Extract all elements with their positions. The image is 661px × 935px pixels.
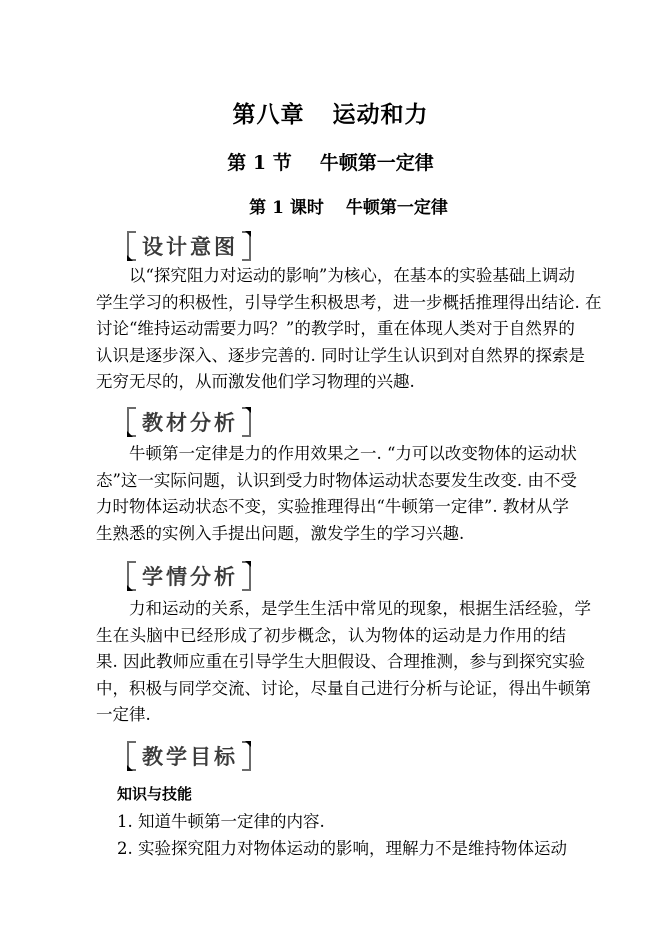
bracket-left-icon bbox=[127, 231, 136, 261]
document-page: 第八章运动和力 第 1 节牛顿第一定律 第 1 课时牛顿第一定律 设计意图 以“… bbox=[0, 0, 661, 935]
bracket-left-icon bbox=[127, 561, 136, 591]
bracket-right-icon bbox=[242, 741, 251, 771]
text-line: 力和运动的关系，是学生生活中常见的现象，根据生活经验，学 bbox=[96, 596, 566, 623]
text-line: 学生学习的积极性，引导学生积极思考，进一步概括推理得出结论. 在 bbox=[96, 290, 566, 317]
section-heading-design-intent: 设计意图 bbox=[127, 228, 251, 264]
text-line: 果. 因此教师应重在引导学生大胆假设、合理推测，参与到探究实验 bbox=[96, 649, 566, 676]
text-line: 态”这一实际问题，认识到受力时物体运动状态要发生改变. 由不受 bbox=[96, 468, 566, 495]
bracket-right-icon bbox=[242, 407, 251, 437]
section-title: 第 1 节牛顿第一定律 bbox=[0, 148, 661, 175]
chapter-number: 第八章 bbox=[233, 101, 305, 128]
section-heading-teaching-goals: 教学目标 bbox=[127, 738, 251, 774]
text-line: 力时物体运动状态不变，实验推理得出“牛顿第一定律”. 教材从学 bbox=[96, 494, 566, 521]
section-heading-label: 教学目标 bbox=[136, 741, 242, 771]
text-line: 以“探究阻力对运动的影响”为核心，在基本的实验基础上调动 bbox=[96, 263, 566, 290]
subheading-knowledge-skills: 知识与技能 bbox=[117, 783, 192, 804]
lesson-number: 第 1 课时 bbox=[249, 198, 324, 218]
bracket-right-icon bbox=[242, 231, 251, 261]
bracket-left-icon bbox=[127, 407, 136, 437]
lesson-name: 牛顿第一定律 bbox=[346, 198, 448, 218]
text-line: 一定律. bbox=[96, 702, 566, 729]
paragraph-textbook-analysis: 牛顿第一定律是力的作用效果之一. “力可以改变物体的运动状 态”这一实际问题，认… bbox=[96, 441, 566, 547]
chapter-title: 第八章运动和力 bbox=[0, 96, 661, 129]
goal-item: 1. 知道牛顿第一定律的内容. bbox=[117, 808, 567, 832]
text-line: 中，积极与同学交流、讨论，尽量自己进行分析与论证，得出牛顿第 bbox=[96, 676, 566, 703]
text-line: 生熟悉的实例入手提出问题，激发学生的学习兴趣. bbox=[96, 521, 566, 548]
section-heading-label: 设计意图 bbox=[136, 231, 242, 261]
section-heading-label: 教材分析 bbox=[136, 407, 242, 437]
text-line: 牛顿第一定律是力的作用效果之一. “力可以改变物体的运动状 bbox=[96, 441, 566, 468]
bracket-left-icon bbox=[127, 741, 136, 771]
section-name: 牛顿第一定律 bbox=[320, 152, 434, 174]
section-heading-label: 学情分析 bbox=[136, 561, 242, 591]
chapter-name: 运动和力 bbox=[333, 101, 429, 128]
section-heading-textbook-analysis: 教材分析 bbox=[127, 404, 251, 440]
section-number: 第 1 节 bbox=[227, 152, 291, 174]
text-line: 无穷无尽的，从而激发他们学习物理的兴趣. bbox=[96, 369, 566, 396]
text-line: 认识是逐步深入、逐步完善的. 同时让学生认识到对自然界的探索是 bbox=[96, 343, 566, 370]
bracket-right-icon bbox=[242, 561, 251, 591]
goal-item: 2. 实验探究阻力对物体运动的影响，理解力不是维持物体运动 bbox=[117, 835, 567, 859]
lesson-title: 第 1 课时牛顿第一定律 bbox=[18, 193, 661, 218]
text-line: 讨论“维持运动需要力吗？”的教学时，重在体现人类对于自然界的 bbox=[96, 316, 566, 343]
section-heading-student-analysis: 学情分析 bbox=[127, 558, 251, 594]
paragraph-student-analysis: 力和运动的关系，是学生生活中常见的现象，根据生活经验，学 生在头脑中已经形成了初… bbox=[96, 596, 566, 729]
text-line: 生在头脑中已经形成了初步概念，认为物体的运动是力作用的结 bbox=[96, 623, 566, 650]
paragraph-design-intent: 以“探究阻力对运动的影响”为核心，在基本的实验基础上调动 学生学习的积极性，引导… bbox=[96, 263, 566, 396]
